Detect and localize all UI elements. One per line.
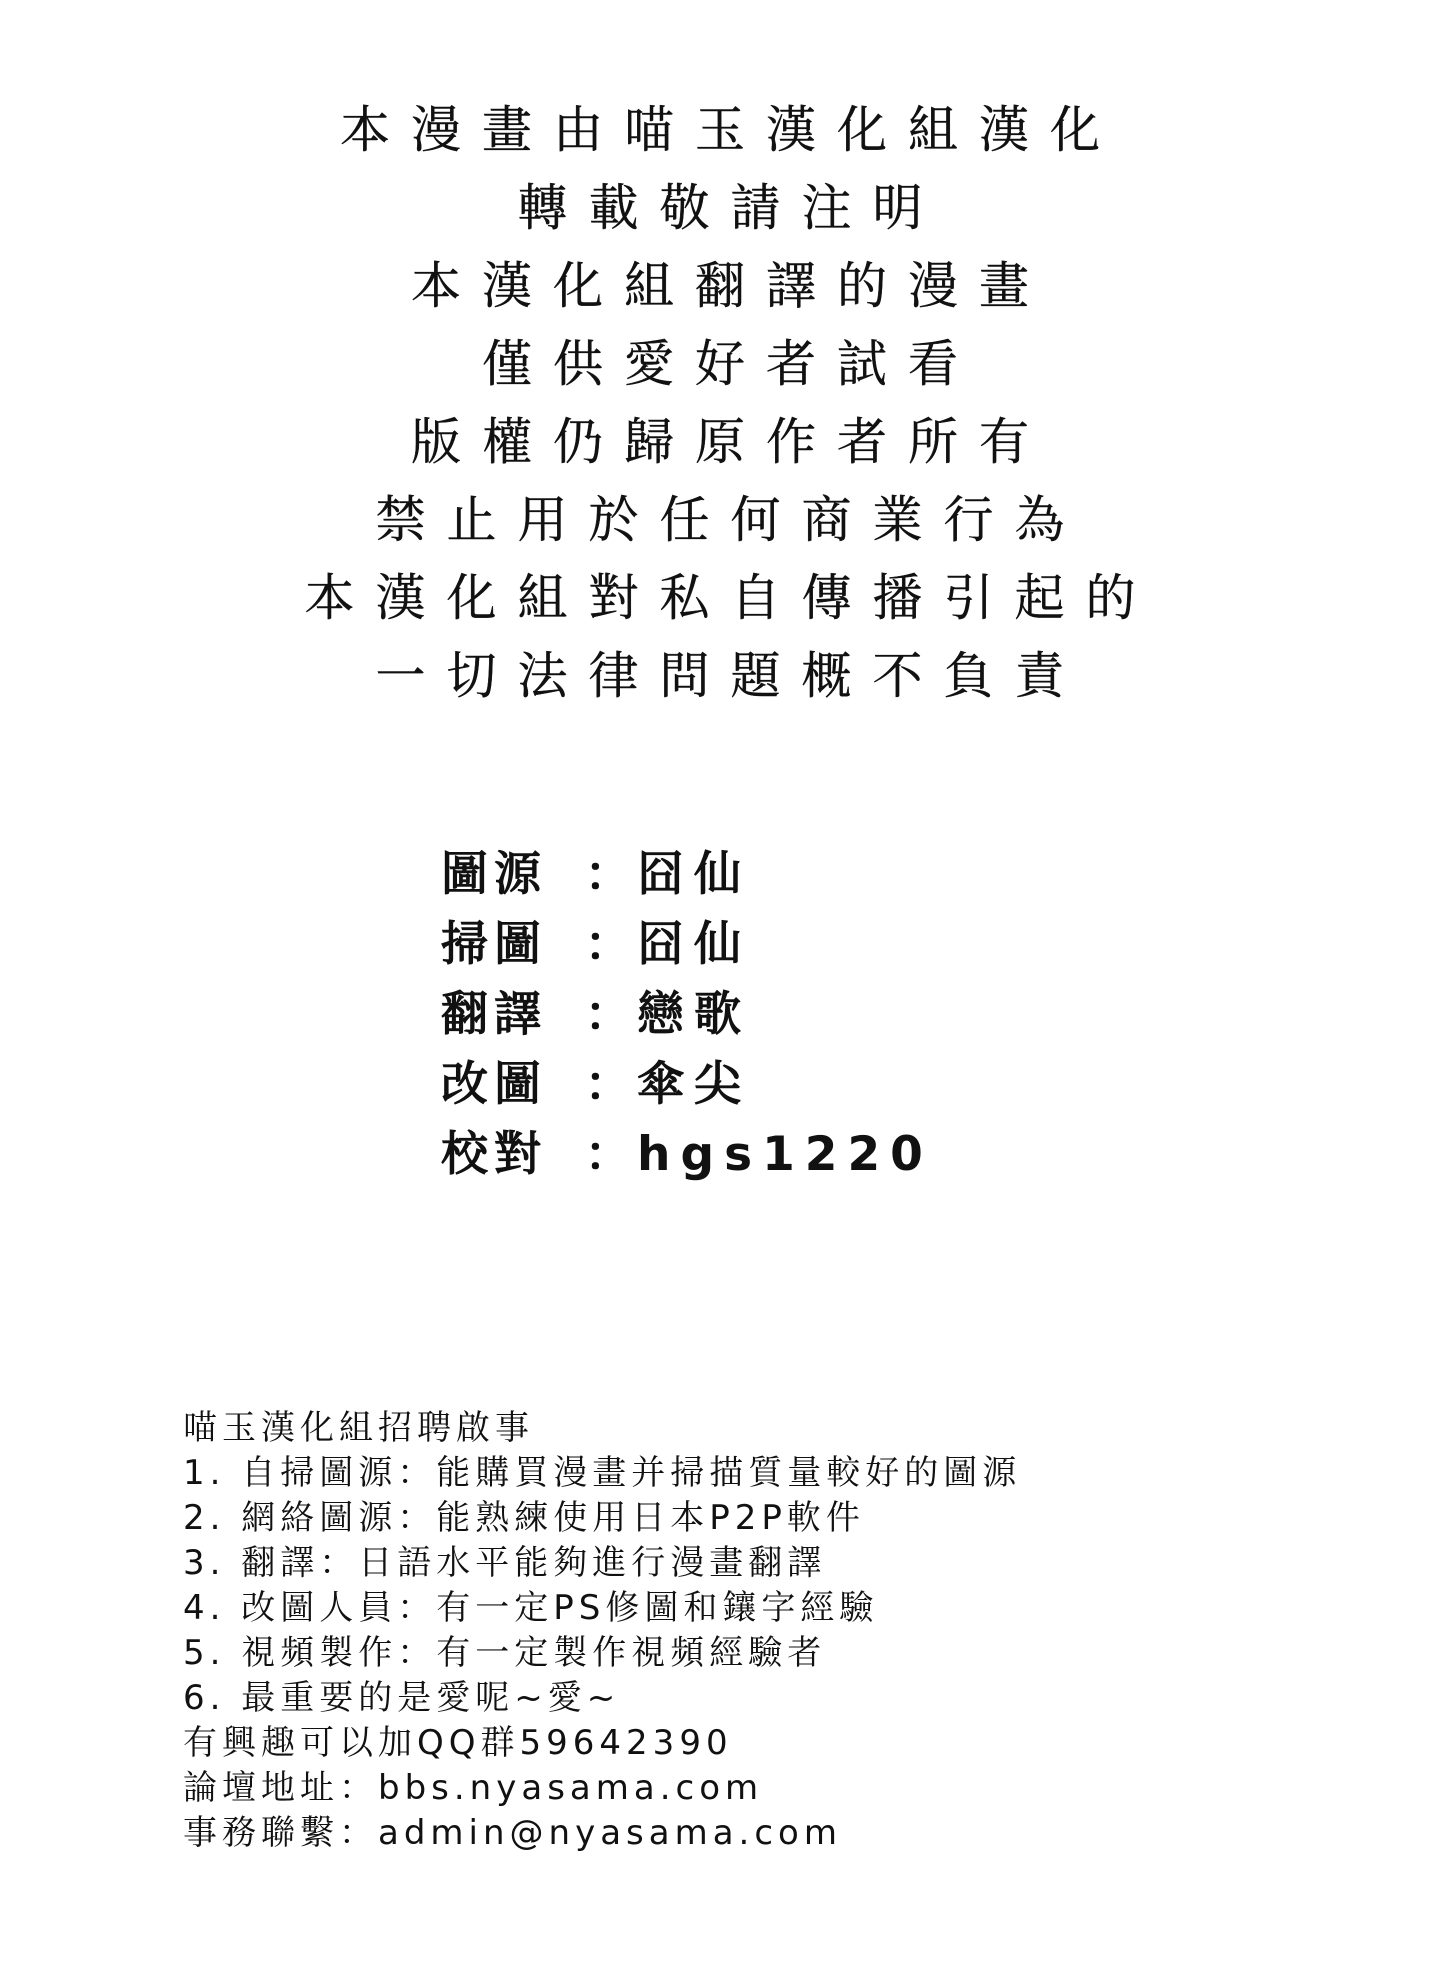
- recruitment-item: 5. 視頻製作：有一定製作視頻經驗者: [183, 1631, 1021, 1676]
- credit-name: 傘尖: [637, 1055, 751, 1115]
- credit-role: 掃圖: [441, 915, 579, 975]
- recruitment-item: 2. 網絡圖源：能熟練使用日本P2P軟件: [183, 1496, 1021, 1541]
- recruitment-item: 3. 翻譯：日語水平能夠進行漫畫翻譯: [183, 1541, 1021, 1586]
- notice-line: 轉載敬請注明: [0, 174, 1440, 252]
- notice-line: 版權仍歸原作者所有: [0, 408, 1440, 486]
- credit-row-scan: 掃圖：囧仙: [441, 915, 933, 985]
- credit-row-proofread: 校對：hgs1220: [441, 1125, 933, 1195]
- credit-name: 囧仙: [637, 845, 751, 905]
- forum-address: 論壇地址：bbs.nyasama.com: [183, 1766, 1021, 1811]
- credit-role: 校對: [441, 1125, 579, 1185]
- credit-row-edit: 改圖：傘尖: [441, 1055, 933, 1125]
- recruitment-item: 6. 最重要的是愛呢~愛~: [183, 1676, 1021, 1721]
- credit-colon: ：: [579, 845, 637, 905]
- notice-line: 一切法律問題概不負責: [0, 642, 1440, 720]
- credit-name: 囧仙: [637, 915, 751, 975]
- notice-line: 禁止用於任何商業行為: [0, 486, 1440, 564]
- credit-role: 改圖: [441, 1055, 579, 1115]
- credit-colon: ：: [579, 915, 637, 975]
- credit-colon: ：: [579, 1055, 637, 1115]
- credit-name: 戀歌: [637, 985, 751, 1045]
- notice-line: 本漫畫由喵玉漢化組漢化: [0, 96, 1440, 174]
- staff-credits: 圖源：囧仙 掃圖：囧仙 翻譯：戀歌 改圖：傘尖 校對：hgs1220: [441, 845, 933, 1195]
- credit-role: 翻譯: [441, 985, 579, 1045]
- contact-email: 事務聯繫：admin@nyasama.com: [183, 1811, 1021, 1856]
- notice-line: 本漢化組翻譯的漫畫: [0, 252, 1440, 330]
- credit-row-translation: 翻譯：戀歌: [441, 985, 933, 1055]
- notice-line: 僅供愛好者試看: [0, 330, 1440, 408]
- recruitment-item: 4. 改圖人員：有一定PS修圖和鑲字經驗: [183, 1586, 1021, 1631]
- credit-role: 圖源: [441, 845, 579, 905]
- credit-colon: ：: [579, 1125, 637, 1185]
- recruitment-notice: 喵玉漢化組招聘啟事 1. 自掃圖源：能購買漫畫并掃描質量較好的圖源 2. 網絡圖…: [183, 1406, 1021, 1856]
- recruitment-item: 1. 自掃圖源：能購買漫畫并掃描質量較好的圖源: [183, 1451, 1021, 1496]
- recruitment-title: 喵玉漢化組招聘啟事: [183, 1406, 1021, 1451]
- notice-line: 本漢化組對私自傳播引起的: [0, 564, 1440, 642]
- qq-group-text: 有興趣可以加QQ群59642390: [183, 1721, 1021, 1766]
- credit-colon: ：: [579, 985, 637, 1045]
- credit-row-source: 圖源：囧仙: [441, 845, 933, 915]
- credit-name: hgs1220: [637, 1125, 933, 1185]
- copyright-notice: 本漫畫由喵玉漢化組漢化 轉載敬請注明 本漢化組翻譯的漫畫 僅供愛好者試看 版權仍…: [0, 96, 1440, 720]
